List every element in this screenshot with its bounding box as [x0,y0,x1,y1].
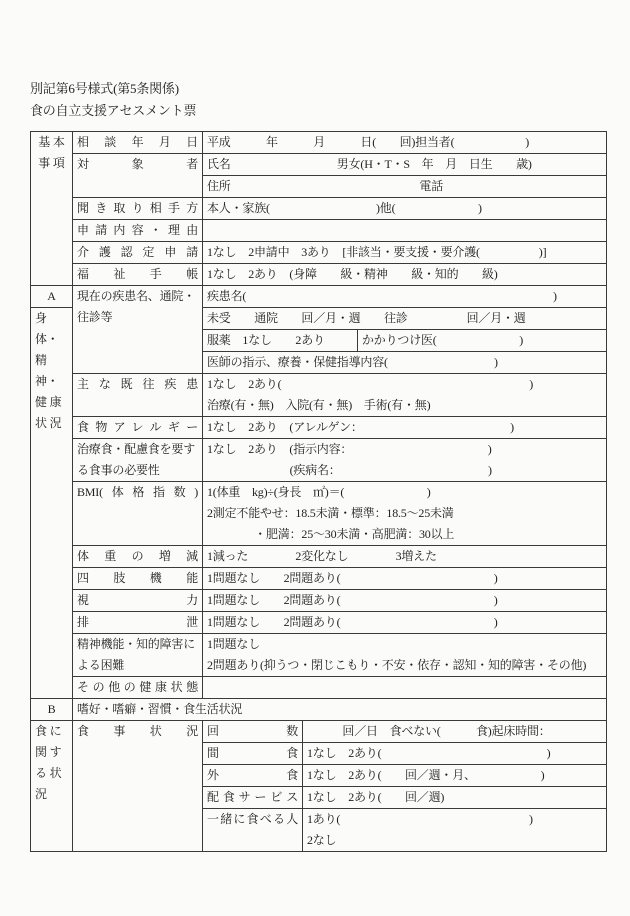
meal-status-label: 食事状況 [73,721,203,851]
visit-frequency-value: 未受 通院 回／月・週 往診 回／月・週 [203,308,606,329]
excretion-value: 1問題なし 2問題あり( ) [203,612,606,633]
section-a-code: A [31,286,72,308]
food-allergy-value: 1なし 2あり (アレルゲン： ) [203,417,606,438]
section-b: B 嗜好・嗜癖・習慣・食生活状況 [31,698,606,720]
interviewee-label: 聞き取り相手方 [73,198,203,219]
vision-value: 1問題なし 2問題あり( ) [203,590,606,611]
section-b-code: B [31,699,73,720]
bmi-value: 1(体重 kg)÷(身長 ㎡)＝( ) 2測定不能やせ：18.5未満・標準：18… [203,482,606,545]
subject-label: 対象者 [73,154,203,197]
eating-out-value: 1なし 2あり( 回／週・月、 ) [303,765,606,786]
snack-label: 間食 [203,743,303,764]
row-consult-date: 相談年月日 平成 年 月 日( 回)担当者( ) [73,132,606,153]
row-bmi: BMI(体格指数) 1(体重 kg)÷(身長 ㎡)＝( ) 2測定不能やせ：18… [73,481,606,545]
section-a-group-label: 身体・ 精神・ 健 康 状 況 [31,308,72,434]
eating-out-label: 外食 [203,765,303,786]
other-health-label: その他の健康状態 [73,677,203,698]
application-reason-label: 申請内容・理由 [73,220,203,241]
row-weight-change: 体重の増減 1減った 2変化なし 3増えた [73,545,606,567]
section-c: 食 に 関 す る 状 況 食事状況 回数 回／日 食べない( 食)起床時間： … [31,720,606,851]
doctor-instruction-value: 医師の指示、療養・保健指導内容( ) [203,352,606,373]
limb-function-value: 1問題なし 2問題あり( ) [203,568,606,589]
consult-date-label: 相談年月日 [73,132,203,153]
row-application-reason: 申請内容・理由 [73,219,606,241]
care-certification-value: 1なし 2申請中 3あり [非該当・要支援・要介護( )] [203,242,606,263]
row-mental-function: 精神機能・知的障害に よる困難 1問題なし 2問題あり(抑うつ・閉じこもり・不安… [73,633,606,676]
document-page: 別記第6号様式(第5条関係) 食の自立支援アセスメント票 基 本 事 項 相談年… [0,0,630,852]
row-preferences: 嗜好・嗜癖・習慣・食生活状況 [73,699,606,720]
row-meal-count: 回数 回／日 食べない( 食)起床時間： [203,721,606,742]
row-food-allergy: 食物アレルギー 1なし 2あり (アレルゲン： ) [73,416,606,438]
row-meal-status: 食事状況 回数 回／日 食べない( 食)起床時間： 間食 1なし 2あり( ) [73,721,606,851]
row-eating-out: 外食 1なし 2あり( 回／週・月、 ) [203,764,606,786]
medical-history-label: 主な既往疾患 [73,374,203,416]
row-current-disease: 現在の疾患名、通院・ 往診等 疾患名( ) 未受 通院 回／月・週 往診 回／月… [73,286,606,373]
consult-date-value: 平成 年 月 日( 回)担当者( ) [203,132,606,153]
other-health-value [203,677,606,698]
row-eat-together: 一緒に食べる人 1あり( ) 2なし [203,808,606,851]
row-limb-function: 四肢機能 1問題なし 2問題あり( ) [73,567,606,589]
application-reason-value [203,220,606,241]
row-meal-delivery: 配食サービス 1なし 2あり( 回／週) [203,786,606,808]
limb-function-label: 四肢機能 [73,568,203,589]
row-interviewee: 聞き取り相手方 本人・家族( )他( ) [73,197,606,219]
special-diet-label: 治療食・配慮食を要す る食事の必要性 [73,439,203,481]
weight-change-label: 体重の増減 [73,546,203,567]
medical-history-value: 1なし 2あり( ) 治療(有・無) 入院(有・無) 手術(有・無) [203,374,606,416]
meal-delivery-label: 配食サービス [203,787,303,808]
row-vision: 視力 1問題なし 2問題あり( ) [73,589,606,611]
medication-value: 服薬 1なし 2あり [203,330,358,351]
welfare-notebook-label: 福祉手帳 [73,264,203,285]
row-other-health: その他の健康状態 [73,676,606,698]
eat-together-label: 一緒に食べる人 [203,809,303,851]
weight-change-value: 1減った 2変化なし 3増えた [203,546,606,567]
row-snack: 間食 1なし 2あり( ) [203,742,606,764]
interviewee-value: 本人・家族( )他( ) [203,198,606,219]
assessment-form-table: 基 本 事 項 相談年月日 平成 年 月 日( 回)担当者( ) 対象者 氏名 … [30,131,607,852]
bmi-label: BMI(体格指数) [73,482,203,545]
vision-label: 視力 [73,590,203,611]
row-excretion: 排泄 1問題なし 2問題あり( ) [73,611,606,633]
disease-name-value: 疾患名( ) [203,286,606,307]
family-doctor-value: かかりつけ医( ) [358,330,606,351]
special-diet-value: 1なし 2あり (指示内容： ) (疾病名： ) [203,439,606,481]
row-welfare-notebook: 福祉手帳 1なし 2あり (身障 級・精神 級・知的 級) [73,263,606,285]
mental-function-label: 精神機能・知的障害に よる困難 [73,634,203,676]
row-care-certification: 介護認定申請 1なし 2申請中 3あり [非該当・要支援・要介護( )] [73,241,606,263]
welfare-notebook-value: 1なし 2あり (身障 級・精神 級・知的 級) [203,264,606,285]
form-title: 食の自立支援アセスメント票 [30,100,607,122]
subject-address-line: 住所 電話 [203,176,606,197]
subject-name-line: 氏名 男女(H・T・S 年 月 日生 歳) [203,154,606,175]
basic-group-label: 基 本 事 項 [31,132,73,285]
section-c-group-label: 食 に 関 す る 状 況 [31,721,73,851]
care-certification-label: 介護認定申請 [73,242,203,263]
row-medical-history: 主な既往疾患 1なし 2あり( ) 治療(有・無) 入院(有・無) 手術(有・無… [73,373,606,416]
basic-section: 基 本 事 項 相談年月日 平成 年 月 日( 回)担当者( ) 対象者 氏名 … [31,132,606,285]
form-reference: 別記第6号様式(第5条関係) [30,78,607,100]
row-special-diet: 治療食・配慮食を要す る食事の必要性 1なし 2あり (指示内容： ) (疾病名… [73,438,606,481]
mental-function-value: 1問題なし 2問題あり(抑うつ・閉じこもり・不安・依存・認知・知的障害・その他) [203,634,606,676]
preferences-value: 嗜好・嗜癖・習慣・食生活状況 [73,699,606,720]
meal-count-value: 回／日 食べない( 食)起床時間： [303,721,606,742]
food-allergy-label: 食物アレルギー [73,417,203,438]
row-subject: 対象者 氏名 男女(H・T・S 年 月 日生 歳) 住所 電話 [73,153,606,197]
snack-value: 1なし 2あり( ) [303,743,606,764]
excretion-label: 排泄 [73,612,203,633]
meal-count-label: 回数 [203,721,303,742]
meal-delivery-value: 1なし 2あり( 回／週) [303,787,606,808]
current-disease-label: 現在の疾患名、通院・ 往診等 [73,286,203,373]
eat-together-value: 1あり( ) 2なし [303,809,606,851]
section-a: A 身体・ 精神・ 健 康 状 況 現在の疾患名、通院・ 往診等 疾患名( ) … [31,285,606,698]
